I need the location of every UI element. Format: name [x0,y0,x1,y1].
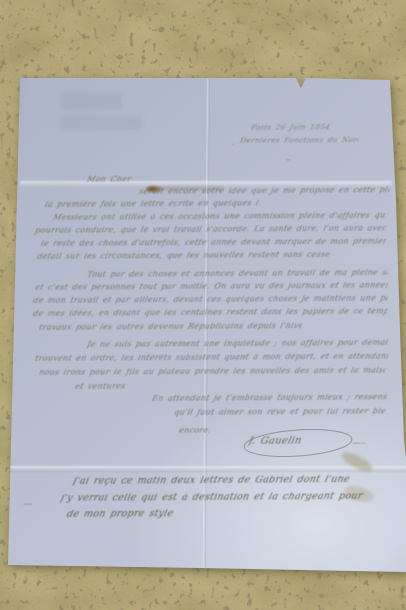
handwriting-line-body: le reste des choses d'autrefois, cette a… [40,238,387,249]
handwriting-line-body: détail sur les circonstances, que les no… [36,251,331,262]
handwriting-line-mark: — [22,501,40,511]
horizontal-fold-crease-lower [8,466,406,472]
letter-paper: Paris 26 Juin 1854Dernières Fonctions du… [0,0,406,610]
handwriting-line-body: Messieurs ont utilisé à ces occasions un… [52,212,387,223]
signature-flourish [238,426,362,464]
handwriting-line-body: nous irons pour le fils au plateau prend… [38,367,387,378]
handwriting-line-postscript: j'y verrai celle qui est à destination e… [59,492,364,505]
handwriting-line-body: pourrais conduire, que le vrai travail s… [34,225,387,236]
handwriting-line-body: travaux pour les autres devenus Républic… [38,322,303,333]
handwriting-line-body: trouvent en ordre, les intérêts subsiste… [34,353,389,364]
handwriting-line-body: de mes idées, en disant que les centaine… [32,308,389,319]
handwriting-line-body: de mon travail et par ailleurs, devant c… [32,295,389,306]
handwriting-line-postscript: de mon propre style [65,509,218,520]
handwriting-line-closing: qu'il faut aimer son rêve et pour lui re… [173,408,387,418]
photo-scene: Paris 26 Juin 1854Dernières Fonctions du… [0,0,406,610]
handwriting-line-body: et ventures [74,382,152,391]
handwriting-line-salutation: Mon Cher [86,176,134,185]
handwriting-line-dateline: Paris 26 Juin 1854 [250,123,354,132]
handwriting-line-closing: En attendant je t'embrasse toujours mieu… [151,393,390,403]
handwriting-line-body: et c'est des personnes tout par moitié. … [34,282,389,293]
ghost-writing-smudge [60,93,122,109]
handwriting-line-closing: encore. [178,427,238,436]
paper-surface: Paris 26 Juin 1854Dernières Fonctions du… [0,0,406,610]
handwriting-line-mark: . [231,140,241,148]
ghost-writing-smudge [60,116,142,130]
handwriting-line-dateline: Dernières Fonctions du Nord [239,136,359,145]
handwriting-line-body: serait encore votre idée que je me propo… [138,186,391,197]
handwriting-line-body: Je ne suis pas autrement une inquiétude … [86,339,389,350]
handwriting-line-body: Tout par des choses et annonces devant u… [86,269,389,280]
handwriting-line-postscript: J'ai reçu ce matin deux lettres de Gabri… [71,475,370,488]
handwriting-line-mark: – [285,156,299,165]
handwriting-line-body: la première fois une lettre écrite en qu… [44,200,260,210]
